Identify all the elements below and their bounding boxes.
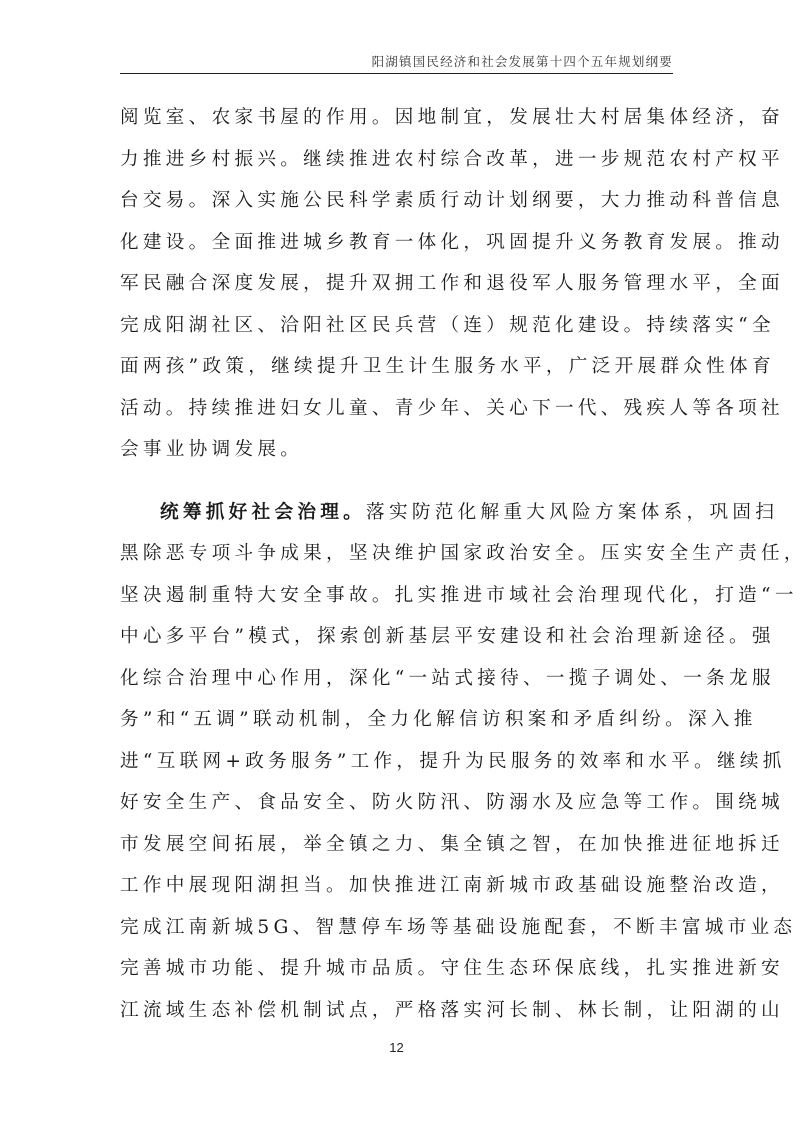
page-number: 12: [0, 1040, 793, 1055]
text-line: 江流域生态补偿机制试点，严格落实河长制、林长制，让阳湖的山: [120, 990, 676, 1032]
text-line: 好安全生产、食品安全、防火防汛、防溺水及应急等工作。围绕城: [120, 782, 676, 824]
text-line-first: 统筹抓好社会治理。落实防范化解重大风险方案体系，巩固扫: [120, 492, 676, 534]
text-line: 工作中展现阳湖担当。加快推进江南新城市政基础设施整治改造，: [120, 865, 676, 907]
text-line: 阅览室、农家书屋的作用。因地制宜，发展壮大村居集体经济，奋: [120, 97, 676, 139]
text-line: 完成阳湖社区、洽阳社区民兵营（连）规范化建设。持续落实“全: [120, 305, 676, 347]
text-line: 完善城市功能、提升城市品质。守住生态环保底线，扎实推进新安: [120, 948, 676, 990]
text-line: 化综合治理中心作用，深化“一站式接待、一揽子调处、一条龙服: [120, 658, 676, 700]
text-line: 会事业协调发展。: [120, 429, 676, 471]
text-line: 军民融合深度发展，提升双拥工作和退役军人服务管理水平，全面: [120, 263, 676, 305]
text-line: 力推进乡村振兴。继续推进农村综合改革，进一步规范农村产权平: [120, 139, 676, 181]
text-run: 落实防范化解重大风险方案体系，巩固扫: [366, 502, 778, 523]
text-line: 台交易。深入实施公民科学素质行动计划纲要，大力推动科普信息: [120, 180, 676, 222]
text-line: 中心多平台”模式，探索创新基层平安建设和社会治理新途径。强: [120, 616, 676, 658]
text-line: 进“互联网+政务服务”工作，提升为民服务的效率和水平。继续抓: [120, 741, 676, 783]
text-line: 市发展空间拓展，举全镇之力、集全镇之智，在加快推进征地拆迁: [120, 824, 676, 866]
document-body: 阅览室、农家书屋的作用。因地制宜，发展壮大村居集体经济，奋 力推进乡村振兴。继续…: [120, 97, 676, 1031]
section-heading: 统筹抓好社会治理。: [160, 502, 366, 523]
text-line: 完成江南新城5G、智慧停车场等基础设施配套，不断丰富城市业态、: [120, 907, 676, 949]
text-line: 坚决遏制重特大安全事故。扎实推进市域社会治理现代化，打造“一: [120, 575, 676, 617]
paragraph-2: 统筹抓好社会治理。落实防范化解重大风险方案体系，巩固扫 黑除恶专项斗争成果，坚决…: [120, 492, 676, 1032]
text-line: 黑除恶专项斗争成果，坚决维护国家政治安全。压实安全生产责任，: [120, 533, 676, 575]
header-title: 阳湖镇国民经济和社会发展第十四个五年规划纲要: [372, 54, 673, 69]
paragraph-1: 阅览室、农家书屋的作用。因地制宜，发展壮大村居集体经济，奋 力推进乡村振兴。继续…: [120, 97, 676, 471]
text-line: 化建设。全面推进城乡教育一体化，巩固提升义务教育发展。推动: [120, 222, 676, 264]
text-line: 务”和“五调”联动机制，全力化解信访积案和矛盾纠纷。深入推: [120, 699, 676, 741]
text-line: 面两孩”政策，继续提升卫生计生服务水平，广泛开展群众性体育: [120, 346, 676, 388]
running-header: 阳湖镇国民经济和社会发展第十四个五年规划纲要: [120, 51, 673, 74]
text-line: 活动。持续推进妇女儿童、青少年、关心下一代、残疾人等各项社: [120, 388, 676, 430]
